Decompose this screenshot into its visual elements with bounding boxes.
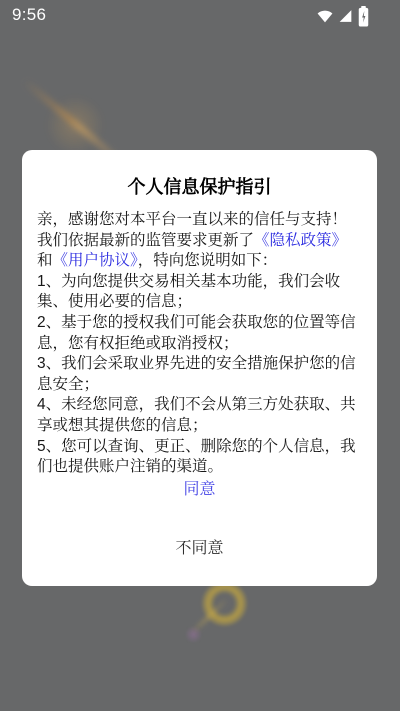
disagree-button[interactable]: 不同意 bbox=[22, 539, 377, 559]
status-icons bbox=[317, 6, 369, 26]
privacy-dialog: 个人信息保护指引 亲，感谢您对本平台一直以来的信任与支持！我们依据最新的监管要求… bbox=[22, 150, 377, 586]
dialog-title: 个人信息保护指引 bbox=[37, 174, 362, 200]
lens-flare-ring bbox=[202, 581, 247, 626]
policy-item-3: 3、我们会采取业界先进的安全措施保护您的信息安全； bbox=[37, 354, 362, 395]
status-bar: 9:56 bbox=[0, 0, 400, 30]
intro-text-end: ，特向您说明如下： bbox=[138, 252, 278, 269]
privacy-policy-link[interactable]: 《隐私政策》 bbox=[254, 232, 347, 249]
phone-screen: 9:56 个 bbox=[0, 0, 400, 711]
user-agreement-link[interactable]: 《用户协议》 bbox=[53, 252, 138, 269]
lens-flare-dot bbox=[185, 626, 202, 643]
cellular-signal-icon bbox=[338, 9, 353, 23]
policy-item-1: 1、为向您提供交易相关基本功能，我们会收集、使用必要的信息； bbox=[37, 272, 362, 313]
intro-conjunction: 和 bbox=[37, 252, 53, 269]
policy-item-4: 4、未经您同意，我们不会从第三方处获取、共享或想其提供您的信息； bbox=[37, 395, 362, 436]
policy-item-5: 5、您可以查询、更正、删除您的个人信息，我们也提供账户注销的渠道。 bbox=[37, 437, 362, 478]
lens-flare-glow bbox=[45, 95, 105, 155]
dialog-body: 亲，感谢您对本平台一直以来的信任与支持！我们依据最新的监管要求更新了《隐私政策》… bbox=[37, 210, 362, 482]
battery-charging-icon bbox=[358, 6, 369, 27]
lens-flare-bottom-streak bbox=[189, 597, 230, 637]
status-time: 9:56 bbox=[12, 5, 46, 24]
wifi-icon bbox=[317, 9, 333, 23]
agree-button[interactable]: 同意 bbox=[22, 480, 377, 500]
policy-item-2: 2、基于您的授权我们可能会获取您的位置等信息，您有权拒绝或取消授权； bbox=[37, 313, 362, 354]
